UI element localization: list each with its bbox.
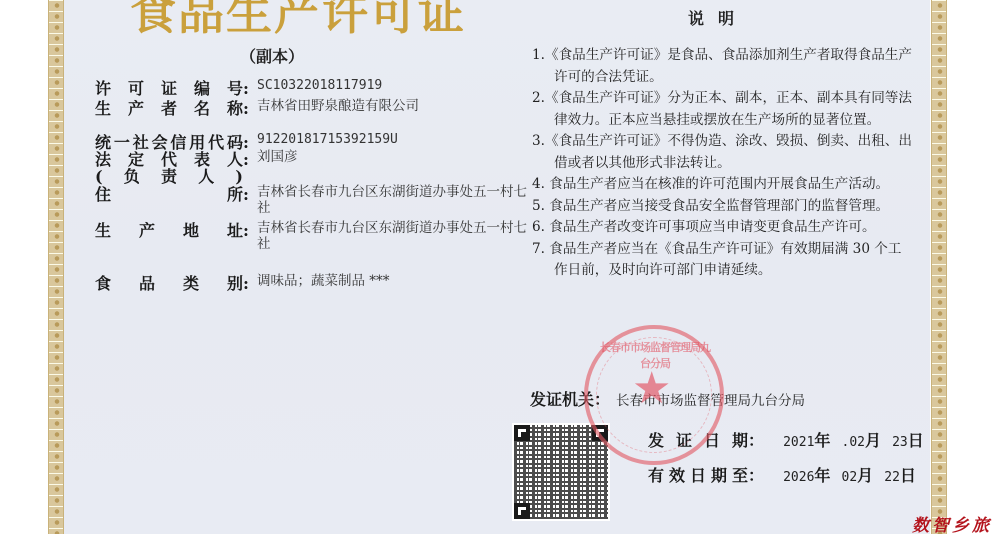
issue-day: 23: [892, 435, 908, 450]
watermark-logo: 数智乡旅: [912, 511, 992, 534]
field-residence: 住所:吉林省长春市九台区东湖街道办事处五一村七社: [95, 182, 537, 216]
field-producer-name: 生产者名称:吉林省田野泉酿造有限公司: [95, 96, 537, 119]
certificate-title: 食品生产许可证: [130, 0, 435, 40]
month-unit: 月: [865, 431, 881, 450]
seal-star-icon: ★: [632, 365, 671, 413]
note-item: 7. 食品生产者应当在《食品生产许可证》有效期届满 30 个工作日前，及时向许可…: [532, 239, 912, 282]
field-value: 刘国彦: [257, 147, 537, 165]
note-item: 2.《食品生产许可证》分为正本、副本，正本、副本具有同等法律效力。正本应当悬挂或…: [532, 88, 912, 131]
field-value: SC10322018117919: [257, 76, 537, 94]
year-unit: 年: [814, 466, 830, 485]
right-decorative-border: [931, 0, 947, 534]
notes-title: 说明: [688, 6, 748, 29]
field-label: 食品类别: [95, 271, 243, 294]
official-seal: 长春市市场监督管理局九台分局 ★: [584, 325, 724, 465]
day-unit: 日: [908, 431, 924, 450]
field-value: 91220181715392159U: [257, 130, 537, 148]
left-decorative-border: [48, 0, 64, 534]
colon: ：: [748, 428, 772, 451]
qr-code[interactable]: [512, 423, 610, 521]
expiry-month: 02: [842, 470, 858, 485]
field-value: 吉林省长春市九台区东湖街道办事处五一村七社: [257, 218, 537, 252]
notes-list: 1.《食品生产许可证》是食品、食品添加剂生产者取得食品生产许可的合法凭证。 2.…: [532, 45, 912, 282]
certificate-subtitle: （副本）: [240, 44, 304, 67]
colon: :: [243, 150, 253, 169]
note-item: 1.《食品生产许可证》是食品、食品添加剂生产者取得食品生产许可的合法凭证。: [532, 45, 912, 88]
field-label: 生产地址: [95, 218, 243, 241]
field-label: 生产者名称: [95, 96, 243, 119]
field-value: 吉林省长春市九台区东湖街道办事处五一村七社: [257, 182, 537, 216]
qr-finder-pattern: [514, 503, 530, 519]
colon: :: [243, 185, 253, 204]
note-item: 6. 食品生产者改变许可事项应当申请变更食品生产许可。: [532, 217, 912, 239]
note-item: 5. 食品生产者应当接受食品安全监督管理部门的监督管理。: [532, 196, 912, 218]
issue-month: .02: [842, 435, 865, 450]
day-unit: 日: [900, 466, 916, 485]
colon: :: [243, 221, 253, 240]
qr-finder-pattern: [514, 425, 530, 441]
note-item: 3.《食品生产许可证》不得伪造、涂改、毁损、倒卖、出租、出借或者以其他形式非法转…: [532, 131, 912, 174]
month-unit: 月: [857, 466, 873, 485]
colon: :: [243, 274, 253, 293]
issue-year: 2021: [783, 435, 814, 450]
field-label: 住所: [95, 182, 243, 205]
expiry-date: 有效日期至： 2026年 02月 22日: [648, 463, 916, 486]
colon: :: [243, 99, 253, 118]
expiry-date-label: 有效日期至: [648, 463, 748, 486]
field-production-address: 生产地址:吉林省长春市九台区东湖街道办事处五一村七社: [95, 218, 537, 252]
field-value: 吉林省田野泉酿造有限公司: [257, 96, 537, 114]
note-item: 4. 食品生产者应当在核准的许可范围内开展食品生产活动。: [532, 174, 912, 196]
colon: ：: [748, 463, 772, 486]
expiry-day: 22: [884, 470, 900, 485]
field-food-category: 食品类别:调味品；蔬菜制品 ***: [95, 271, 537, 294]
field-value: 调味品；蔬菜制品 ***: [257, 271, 537, 289]
expiry-year: 2026: [783, 470, 814, 485]
year-unit: 年: [814, 431, 830, 450]
